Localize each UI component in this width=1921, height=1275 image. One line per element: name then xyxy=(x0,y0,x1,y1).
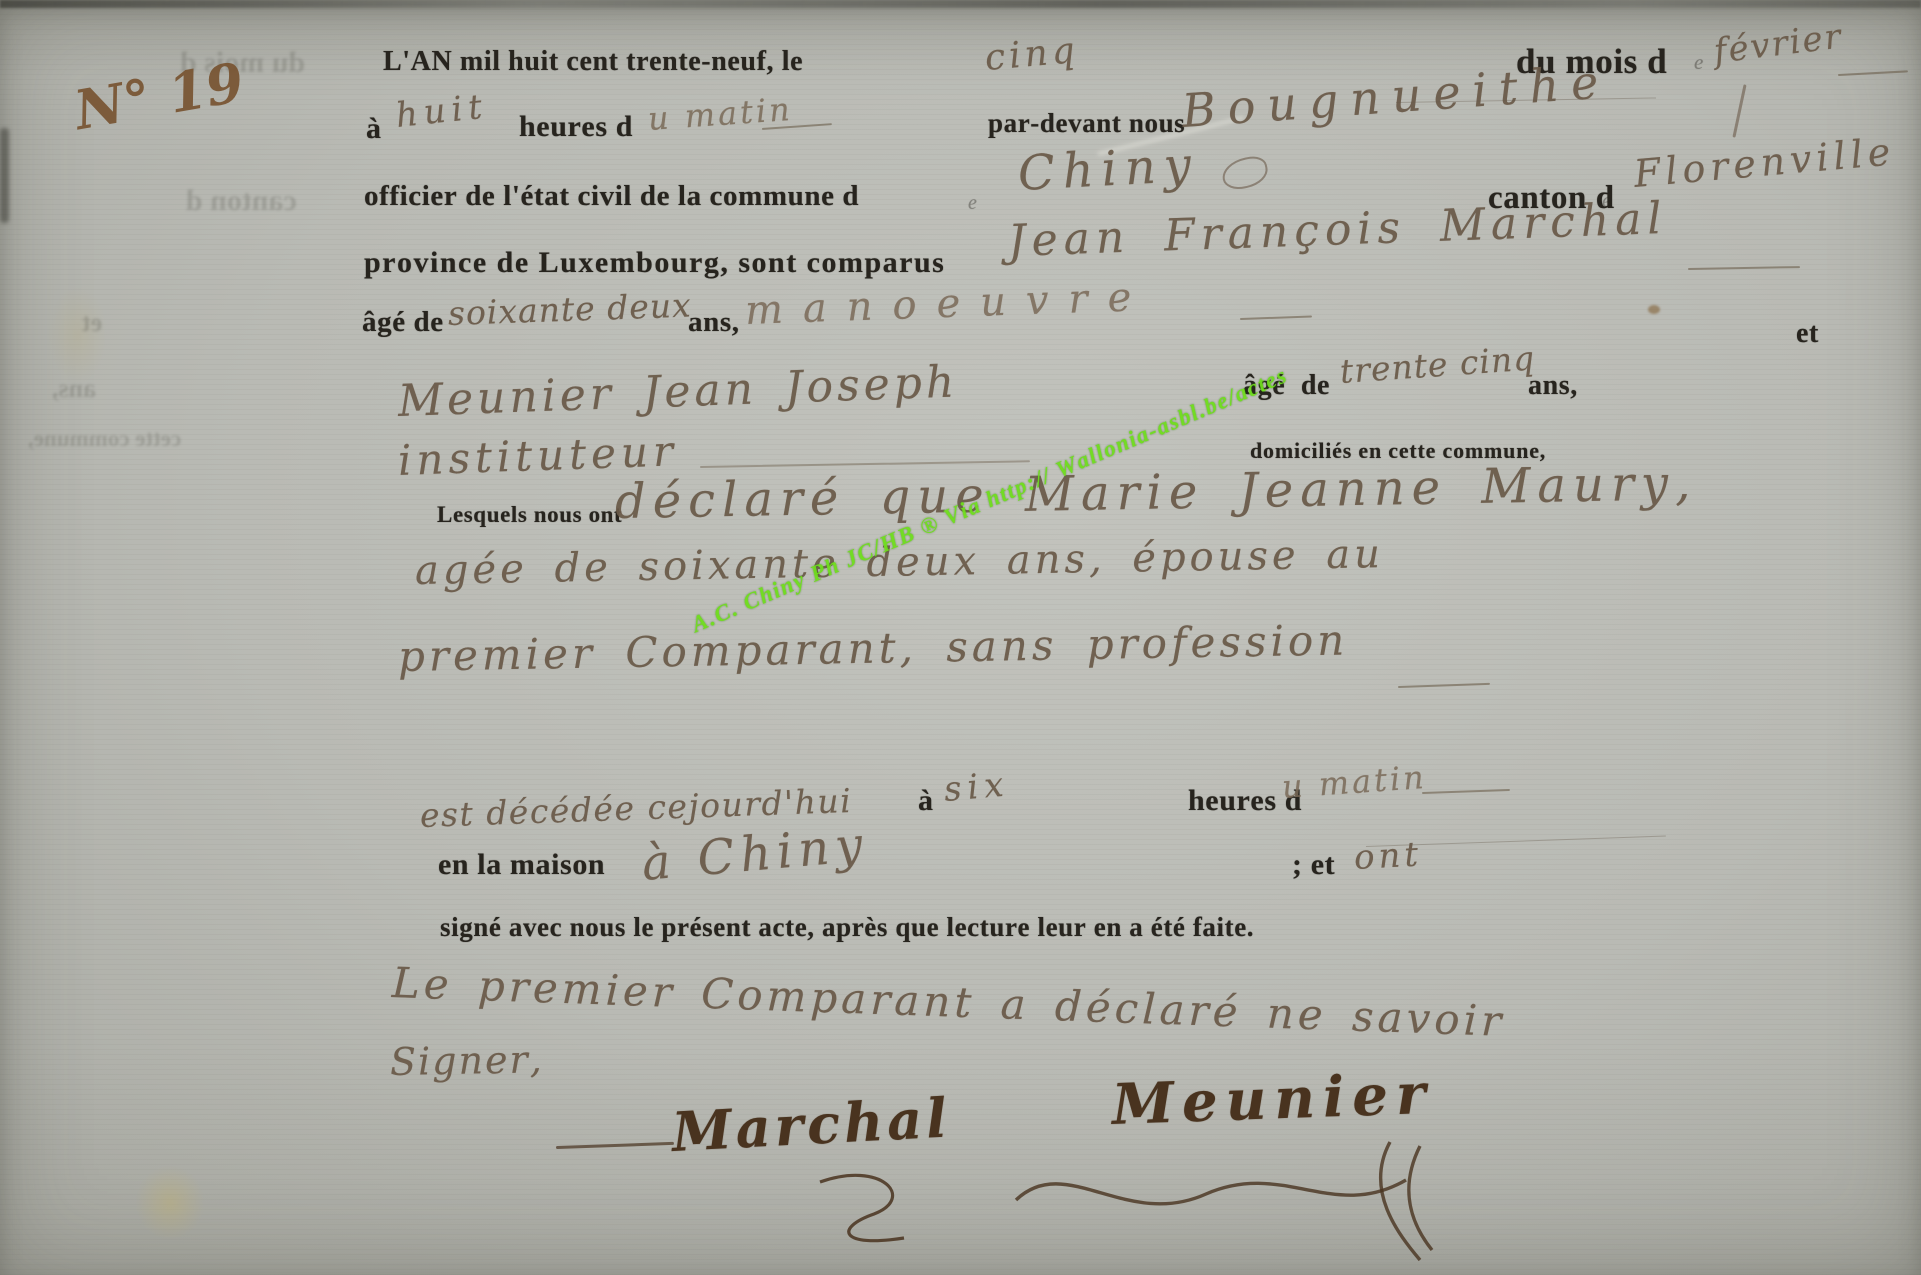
handwritten-cannot-sign-statement: Le premier Comparant a déclaré ne savoir xyxy=(391,958,1506,1046)
handwritten-time-of-day: u matin xyxy=(647,90,794,138)
stain-dot xyxy=(1648,305,1660,314)
document-scan: du mois d canton d et ans, cette commune… xyxy=(0,0,1921,1275)
printed-signe-avec-nous: signé avec nous le présent acte, après q… xyxy=(440,912,1254,943)
printed-faint-e-mois: e xyxy=(1694,50,1704,75)
bleedthrough-canton: canton d xyxy=(186,184,297,218)
ink-flourish-commune xyxy=(1219,154,1270,193)
printed-ans-1: ans, xyxy=(688,306,740,339)
handwritten-ont: ont xyxy=(1353,834,1423,878)
photo-left-edge-shadow xyxy=(0,128,9,223)
printed-age-de-1: âgé de xyxy=(362,306,444,339)
paraph-marchal xyxy=(812,1164,922,1249)
bleedthrough-et: et xyxy=(82,308,102,338)
stain-yellow-bottom-left xyxy=(135,1165,205,1240)
handwritten-death-place: à Chiny xyxy=(640,816,871,892)
signature-marchal: Marchal xyxy=(670,1085,952,1164)
ink-stroke-prof1-dash xyxy=(1240,315,1312,320)
handwritten-canton: Florenville xyxy=(1632,129,1897,196)
printed-par-devant-nous: par-devant nous xyxy=(988,108,1185,139)
handwritten-spouse-details: premier Comparant, sans profession xyxy=(398,615,1349,681)
printed-province-comparus: province de Luxembourg, sont comparus xyxy=(364,246,945,280)
paraph-meunier xyxy=(1008,1138,1438,1268)
printed-a: à xyxy=(366,112,382,146)
signature-meunier: Meunier xyxy=(1111,1061,1435,1138)
handwritten-officer-name: Bougnueithe xyxy=(1180,54,1612,138)
handwritten-age1: soixante deux xyxy=(447,286,692,333)
handwritten-age2: trente cinq xyxy=(1339,338,1537,391)
printed-year-line: L'AN mil huit cent trente-neuf, le xyxy=(383,46,803,78)
handwritten-declarant1-name: Jean François Marchal xyxy=(1007,193,1668,267)
printed-heures-d: heures d xyxy=(519,110,633,144)
handwritten-hour: huit xyxy=(394,86,490,135)
printed-ans-2: ans, xyxy=(1528,370,1578,402)
printed-et: et xyxy=(1796,318,1819,350)
bleedthrough-commune: cette commune, xyxy=(28,426,181,452)
ink-stroke-month-dash xyxy=(1838,70,1908,76)
ink-stroke-before-marchal xyxy=(556,1142,674,1149)
handwritten-death-hour: six xyxy=(942,764,1011,810)
ink-flourish-officer xyxy=(1732,84,1746,137)
printed-et-ont: ; et xyxy=(1292,848,1335,882)
printed-lesquels: Lesquels nous ont xyxy=(437,502,622,528)
handwritten-month: février xyxy=(1712,16,1845,71)
printed-faint-e-commune: e xyxy=(968,192,977,215)
handwritten-signer: Signer, xyxy=(390,1037,544,1084)
ink-stroke-line10-dash xyxy=(1398,683,1490,688)
ink-stroke-name1-dash xyxy=(1688,266,1800,270)
bleedthrough-ans: ans, xyxy=(52,374,96,404)
handwritten-death-time-of-day: u matin xyxy=(1281,758,1428,806)
photo-top-edge xyxy=(0,0,1921,8)
handwritten-profession1: manoeuvre xyxy=(744,274,1152,334)
printed-en-la-maison: en la maison xyxy=(438,848,605,882)
printed-a-2: à xyxy=(918,784,934,818)
margin-note: N° 19 xyxy=(70,50,249,143)
handwritten-declarant2-name: Meunier Jean Joseph xyxy=(397,356,959,427)
ink-stroke-time2-dash xyxy=(1422,789,1510,794)
handwritten-commune: Chiny xyxy=(1017,137,1201,202)
handwritten-day: cinq xyxy=(983,30,1080,79)
printed-officier-commune: officier de l'état civil de la commune d xyxy=(364,180,859,213)
